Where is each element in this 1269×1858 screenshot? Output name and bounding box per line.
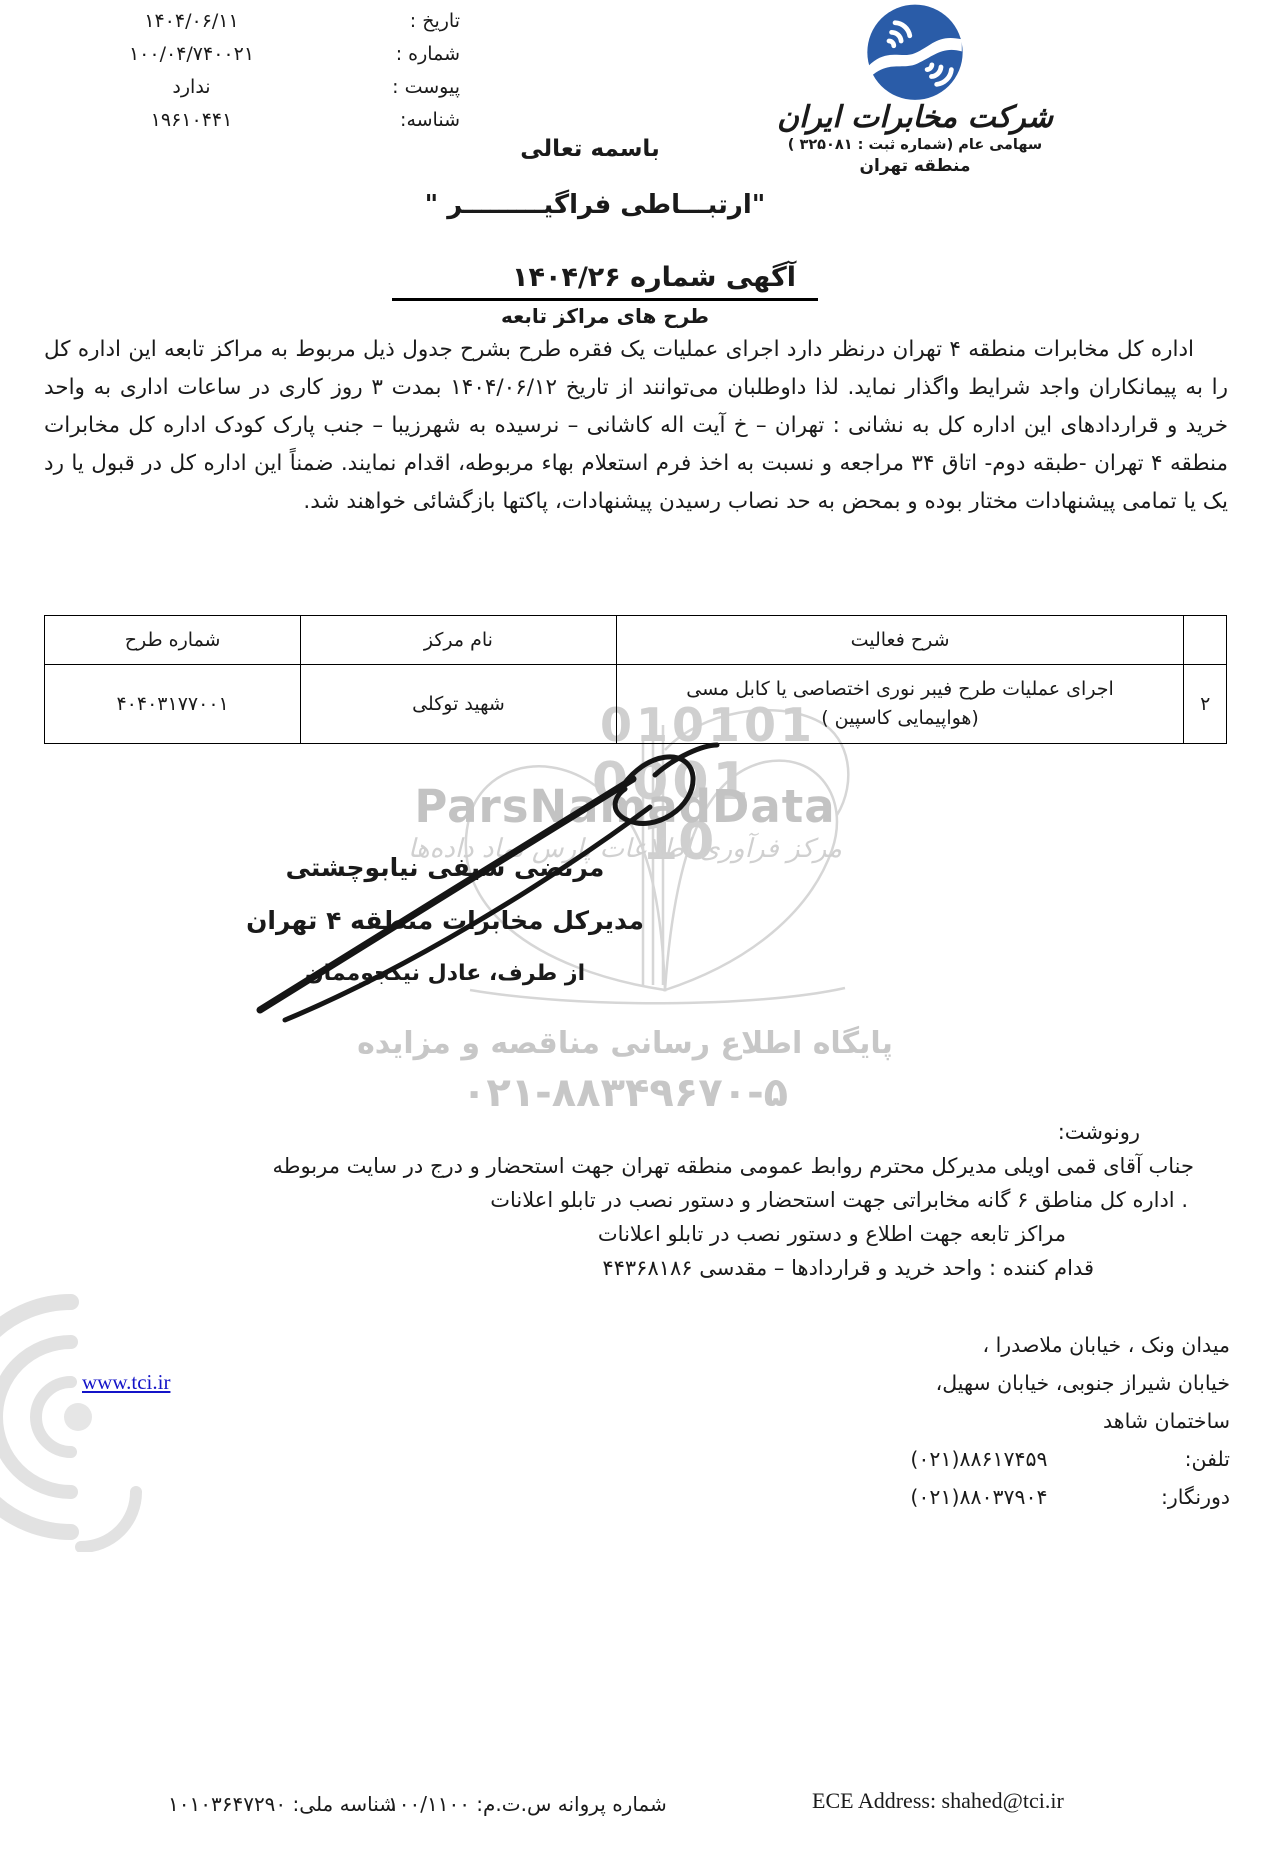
header-plan-number: شماره طرح bbox=[45, 616, 301, 665]
cell-row-number: ۲ bbox=[1184, 665, 1227, 744]
region-name: منطقه تهران bbox=[859, 156, 970, 176]
copies-item: جناب آقای قمی اویلی مدیرکل محترم روابط ع… bbox=[40, 1149, 1194, 1183]
phone-label: تلفن: bbox=[1120, 1440, 1230, 1478]
copies-item: . اداره کل مناطق ۶ گانه مخابراتی جهت است… bbox=[40, 1183, 1188, 1217]
header-activity: شرح فعالیت bbox=[616, 616, 1184, 665]
attachment-value: ندارد bbox=[58, 76, 325, 98]
fax-label: دورنگار: bbox=[1120, 1478, 1230, 1516]
national-id: شناسه ملی: ۱۰۱۰۳۶۴۷۲۹۰ bbox=[168, 1792, 396, 1816]
watermark-phone: ۰۲۱-۸۸۳۴۹۶۷۰-۵ bbox=[345, 1070, 905, 1116]
header-center-name: نام مرکز bbox=[301, 616, 616, 665]
signature-on-behalf: از طرف، عادل نیکجوممان bbox=[225, 961, 665, 986]
phone-row: تلفن: ۸۸۶۱۷۴۵۹(۰۲۱) bbox=[838, 1440, 1230, 1478]
ece-address: ECE Address: shahed@tci.ir bbox=[812, 1788, 1064, 1814]
phone-value: ۸۸۶۱۷۴۵۹(۰۲۱) bbox=[838, 1440, 1120, 1478]
signature-block: مرتضی سیفی نیابوچشتی مدیرکل مخابرات منطق… bbox=[225, 853, 665, 986]
signature-name: مرتضی سیفی نیابوچشتی bbox=[225, 853, 665, 882]
meta-row-date: تاریخ : ۱۴۰۴/۰۶/۱۱ bbox=[58, 10, 460, 43]
slogan: "ارتبـــاطی فراگیـــــــــر " bbox=[0, 190, 1190, 220]
meta-block: تاریخ : ۱۴۰۴/۰۶/۱۱ شماره : ۱۰۰/۰۴/۷۴۰۰۲۱… bbox=[58, 10, 460, 142]
cell-plan-number: ۴۰۴۰۳۱۷۷۰۰۱ bbox=[45, 665, 301, 744]
notice-title-text: آگهی شماره ۱۴۰۴/۲۶ bbox=[392, 262, 818, 301]
address-line: میدان ونک ، خیابان ملاصدرا ، bbox=[838, 1326, 1230, 1364]
plans-table: شرح فعالیت نام مرکز شماره طرح ۲ اجرای عم… bbox=[44, 615, 1227, 744]
meta-row-number: شماره : ۱۰۰/۰۴/۷۴۰۰۲۱ bbox=[58, 43, 460, 76]
notice-title: آگهی شماره ۱۴۰۴/۲۶ bbox=[0, 262, 1210, 301]
table-header-row: شرح فعالیت نام مرکز شماره طرح bbox=[45, 616, 1227, 665]
fax-row: دورنگار: ۸۸۰۳۷۹۰۴(۰۲۱) bbox=[838, 1478, 1230, 1516]
number-value: ۱۰۰/۰۴/۷۴۰۰۲۱ bbox=[58, 43, 325, 65]
cell-center-name: شهید توکلی bbox=[301, 665, 616, 744]
fax-value: ۸۸۰۳۷۹۰۴(۰۲۱) bbox=[838, 1478, 1120, 1516]
footer-tci-logo-icon bbox=[0, 1282, 196, 1552]
address-block: میدان ونک ، خیابان ملاصدرا ، خیابان شیرا… bbox=[838, 1326, 1230, 1516]
copies-label: رونوشت: bbox=[40, 1115, 1140, 1149]
header-row-number bbox=[1184, 616, 1227, 665]
attachment-label: پیوست : bbox=[325, 76, 460, 98]
cell-activity: اجرای عملیات طرح فیبر نوری اختصاصی یا کا… bbox=[616, 665, 1184, 744]
signature-title: مدیرکل مخابرات منطقه ۴ تهران bbox=[225, 906, 665, 935]
copies-item: مراکز تابعه جهت اطلاع و دستور نصب در تاب… bbox=[40, 1217, 1066, 1251]
body-paragraph: اداره کل مخابرات منطقه ۴ تهران درنظر دار… bbox=[44, 331, 1228, 521]
letterhead: شرکت مخابرات ایران سهامی عام (شماره ثبت … bbox=[748, 2, 1082, 176]
address-line: خیابان شیراز جنوبی، خیابان سهیل، bbox=[838, 1364, 1230, 1402]
company-name: شرکت مخابرات ایران bbox=[777, 100, 1053, 135]
date-label: تاریخ : bbox=[325, 10, 460, 32]
table-row: ۲ اجرای عملیات طرح فیبر نوری اختصاصی یا … bbox=[45, 665, 1227, 744]
company-registration: سهامی عام (شماره ثبت : ۳۲۵۰۸۱ ) bbox=[788, 137, 1042, 153]
id-label: شناسه: bbox=[325, 109, 460, 131]
website-link[interactable]: www.tci.ir bbox=[82, 1370, 170, 1395]
number-label: شماره : bbox=[325, 43, 460, 65]
copies-block: رونوشت: جناب آقای قمی اویلی مدیرکل محترم… bbox=[40, 1115, 1232, 1285]
license-number: شماره پروانه س.ت.م: ۱۰۰/۱۱۰۰ bbox=[388, 1792, 667, 1816]
tci-logo-icon bbox=[863, 2, 967, 106]
notice-subtitle: طرح های مراکز تابعه bbox=[0, 304, 1210, 328]
watermark-site-line: پایگاه اطلاع رسانی مناقصه و مزایده bbox=[345, 1026, 905, 1061]
watermark-brand: ParsNamadData bbox=[345, 780, 905, 833]
date-value: ۱۴۰۴/۰۶/۱۱ bbox=[58, 10, 325, 32]
address-line: ساختمان شاهد bbox=[838, 1402, 1230, 1440]
document-page: تاریخ : ۱۴۰۴/۰۶/۱۱ شماره : ۱۰۰/۰۴/۷۴۰۰۲۱… bbox=[0, 0, 1269, 1858]
copies-item: قدام کننده : واحد خرید و قراردادها – مقد… bbox=[40, 1251, 1094, 1285]
id-value: ۱۹۶۱۰۴۴۱ bbox=[58, 109, 325, 131]
meta-row-attachment: پیوست : ندارد bbox=[58, 76, 460, 109]
